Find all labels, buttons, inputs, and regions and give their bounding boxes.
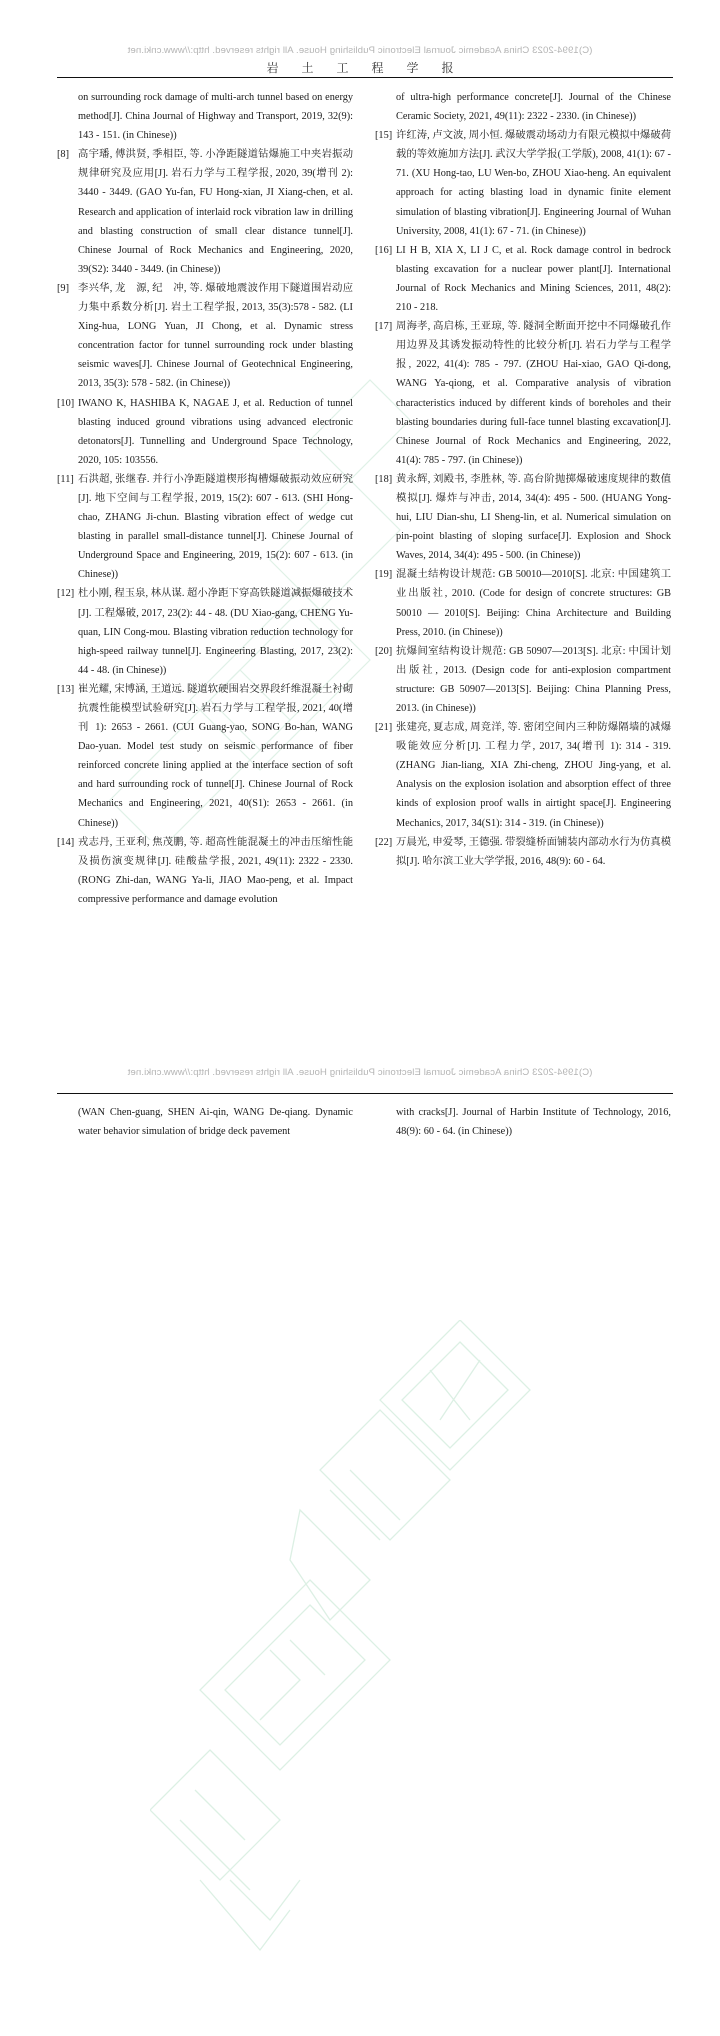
reference-text: 张建亮, 夏志成, 周竞洋, 等. 密闭空间内三种防爆隔墙的减爆吸能效应分析[J… xyxy=(396,718,671,833)
cnki-watermark-icon xyxy=(150,1320,570,1960)
reference-text: LI H B, XIA X, LI J C, et al. Rock damag… xyxy=(396,241,671,317)
page-1: (C)1994-2023 China Academic Journal Elec… xyxy=(0,0,720,1040)
reference-continuation: of ultra-high performance concrete[J]. J… xyxy=(375,88,671,126)
reference-text: 混凝土结构设计规范: GB 50010—2010[S]. 北京: 中国建筑工业出… xyxy=(396,565,671,641)
reference-text: 高宇璠, 傅洪贤, 季相臣, 等. 小净距隧道钻爆施工中夹岩振动规律研究及应用[… xyxy=(78,145,353,279)
reference-text: IWANO K, HASHIBA K, NAGAE J, et al. Redu… xyxy=(78,394,353,470)
reference-item: [19]混凝土结构设计规范: GB 50010—2010[S]. 北京: 中国建… xyxy=(375,565,671,641)
copyright-watermark: (C)1994-2023 China Academic Journal Elec… xyxy=(0,1067,720,1078)
right-column: of ultra-high performance concrete[J]. J… xyxy=(375,88,671,871)
reference-number: [16] xyxy=(375,241,392,260)
reference-number: [9] xyxy=(57,279,69,298)
reference-continuation: with cracks[J]. Journal of Harbin Instit… xyxy=(375,1103,671,1141)
reference-number: [11] xyxy=(57,470,74,489)
reference-number: [17] xyxy=(375,317,392,336)
reference-item: [9]李兴华, 龙 源, 纪 冲, 等. 爆破地震波作用下隧道围岩动应力集中系数… xyxy=(57,279,353,394)
reference-text: 抗爆间室结构设计规范: GB 50907—2013[S]. 北京: 中国计划出版… xyxy=(396,642,671,718)
reference-text: 黄永辉, 刘殿书, 李胜林, 等. 高台阶抛掷爆破速度规律的数值模拟[J]. 爆… xyxy=(396,470,671,565)
reference-item: [16]LI H B, XIA X, LI J C, et al. Rock d… xyxy=(375,241,671,317)
left-column: on surrounding rock damage of multi-arch… xyxy=(57,88,353,909)
reference-item: [14]戎志丹, 王亚利, 焦茂鹏, 等. 超高性能混凝土的冲击压缩性能及损伤演… xyxy=(57,833,353,909)
reference-text: 周海孝, 高启栋, 王亚琼, 等. 隧洞全断面开挖中不同爆破孔作用边界及其诱发振… xyxy=(396,317,671,470)
page-2: (C)1994-2023 China Academic Journal Elec… xyxy=(0,1040,720,2036)
reference-number: [18] xyxy=(375,470,392,489)
reference-text: 杜小刚, 程玉泉, 林从谋. 超小净距下穿高铁隧道减振爆破技术[J]. 工程爆破… xyxy=(78,584,353,679)
reference-continuation: (WAN Chen-guang, SHEN Ai-qin, WANG De-qi… xyxy=(57,1103,353,1141)
reference-number: [20] xyxy=(375,642,392,661)
copyright-watermark: (C)1994-2023 China Academic Journal Elec… xyxy=(0,45,720,56)
reference-item: [15]许红涛, 卢文波, 周小恒. 爆破震动场动力有限元模拟中爆破荷载的等效施… xyxy=(375,126,671,241)
reference-text: 万晨光, 申爱琴, 王德强. 带裂缝桥面铺装内部动水行为仿真模拟[J]. 哈尔滨… xyxy=(396,833,671,871)
reference-text: 石洪超, 张继春. 并行小净距隧道楔形掏槽爆破振动效应研究[J]. 地下空间与工… xyxy=(78,470,353,585)
reference-text: 戎志丹, 王亚利, 焦茂鹏, 等. 超高性能混凝土的冲击压缩性能及损伤演变规律[… xyxy=(78,833,353,909)
reference-number: [21] xyxy=(375,718,392,737)
reference-number: [19] xyxy=(375,565,392,584)
reference-item: [10]IWANO K, HASHIBA K, NAGAE J, et al. … xyxy=(57,394,353,470)
reference-number: [12] xyxy=(57,584,74,603)
reference-number: [14] xyxy=(57,833,74,852)
reference-item: [22]万晨光, 申爱琴, 王德强. 带裂缝桥面铺装内部动水行为仿真模拟[J].… xyxy=(375,833,671,871)
reference-text: 许红涛, 卢文波, 周小恒. 爆破震动场动力有限元模拟中爆破荷载的等效施加方法[… xyxy=(396,126,671,241)
reference-number: [13] xyxy=(57,680,74,699)
reference-number: [15] xyxy=(375,126,392,145)
reference-item: [8]高宇璠, 傅洪贤, 季相臣, 等. 小净距隧道钻爆施工中夹岩振动规律研究及… xyxy=(57,145,353,279)
header-rule xyxy=(57,1093,673,1094)
reference-continuation: on surrounding rock damage of multi-arch… xyxy=(57,88,353,145)
reference-number: [8] xyxy=(57,145,69,164)
reference-text: 崔光耀, 宋博涵, 王道远. 隧道软硬围岩交界段纤维混凝土衬砌抗震性能模型试验研… xyxy=(78,680,353,833)
reference-item: [11]石洪超, 张继春. 并行小净距隧道楔形掏槽爆破振动效应研究[J]. 地下… xyxy=(57,470,353,585)
reference-text: 李兴华, 龙 源, 纪 冲, 等. 爆破地震波作用下隧道围岩动应力集中系数分析[… xyxy=(78,279,353,394)
reference-item: [12]杜小刚, 程玉泉, 林从谋. 超小净距下穿高铁隧道减振爆破技术[J]. … xyxy=(57,584,353,679)
journal-running-head: 岩 土 工 程 学 报 xyxy=(0,59,720,76)
reference-item: [13]崔光耀, 宋博涵, 王道远. 隧道软硬围岩交界段纤维混凝土衬砌抗震性能模… xyxy=(57,680,353,833)
reference-item: [17]周海孝, 高启栋, 王亚琼, 等. 隧洞全断面开挖中不同爆破孔作用边界及… xyxy=(375,317,671,470)
reference-number: [10] xyxy=(57,394,74,413)
reference-item: [21]张建亮, 夏志成, 周竞洋, 等. 密闭空间内三种防爆隔墙的减爆吸能效应… xyxy=(375,718,671,833)
reference-number: [22] xyxy=(375,833,392,852)
left-column: (WAN Chen-guang, SHEN Ai-qin, WANG De-qi… xyxy=(57,1103,353,1141)
reference-item: [18]黄永辉, 刘殿书, 李胜林, 等. 高台阶抛掷爆破速度规律的数值模拟[J… xyxy=(375,470,671,565)
reference-item: [20]抗爆间室结构设计规范: GB 50907—2013[S]. 北京: 中国… xyxy=(375,642,671,718)
right-column: with cracks[J]. Journal of Harbin Instit… xyxy=(375,1103,671,1141)
header-rule xyxy=(57,77,673,78)
